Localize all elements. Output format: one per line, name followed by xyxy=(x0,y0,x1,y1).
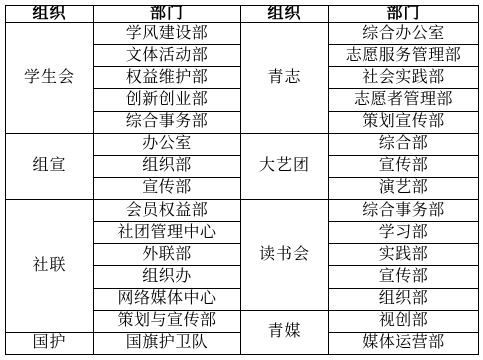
table-row: 社联会员权益部读书会综合事务部 xyxy=(6,200,479,222)
dept-cell: 组织部 xyxy=(94,155,241,177)
dept-cell: 国旗护卫队 xyxy=(94,332,241,354)
header-row: 组织 部门 组织 部门 xyxy=(6,6,479,23)
dept-cell: 宣传部 xyxy=(329,266,479,288)
dept-cell: 社团管理中心 xyxy=(94,222,241,244)
dept-cell: 策划宣传部 xyxy=(329,111,479,133)
dept-cell: 策划与宣传部 xyxy=(94,310,241,332)
dept-cell: 权益维护部 xyxy=(94,67,241,89)
table-body: 学生会学风建设部青志综合办公室文体活动部志愿服务管理部权益维护部社会实践部创新创… xyxy=(6,23,479,355)
org-cell: 国护 xyxy=(6,332,94,354)
org-cell: 青志 xyxy=(241,23,329,134)
dept-cell: 综合事务部 xyxy=(329,200,479,222)
dept-cell: 视创部 xyxy=(329,310,479,332)
dept-cell: 办公室 xyxy=(94,133,241,155)
org-dept-table: 组织 部门 组织 部门 学生会学风建设部青志综合办公室文体活动部志愿服务管理部权… xyxy=(5,5,479,355)
org-cell: 社联 xyxy=(6,200,94,333)
dept-cell: 会员权益部 xyxy=(94,200,241,222)
dept-cell: 学习部 xyxy=(329,222,479,244)
dept-cell: 媒体运营部 xyxy=(329,332,479,354)
dept-cell: 综合事务部 xyxy=(94,111,241,133)
page: 组织 部门 组织 部门 学生会学风建设部青志综合办公室文体活动部志愿服务管理部权… xyxy=(0,0,483,360)
dept-cell: 组织办 xyxy=(94,266,241,288)
dept-cell: 宣传部 xyxy=(329,155,479,177)
table-row: 组宣办公室大艺团综合部 xyxy=(6,133,479,155)
dept-cell: 志愿服务管理部 xyxy=(329,45,479,67)
org-cell: 组宣 xyxy=(6,133,94,199)
org-cell: 读书会 xyxy=(241,200,329,311)
dept-cell: 组织部 xyxy=(329,288,479,310)
dept-cell: 综合办公室 xyxy=(329,23,479,45)
dept-cell: 文体活动部 xyxy=(94,45,241,67)
dept-cell: 社会实践部 xyxy=(329,67,479,89)
dept-cell: 创新创业部 xyxy=(94,89,241,111)
dept-cell: 实践部 xyxy=(329,244,479,266)
dept-cell: 演艺部 xyxy=(329,177,479,199)
org-cell: 大艺团 xyxy=(241,133,329,199)
dept-cell: 外联部 xyxy=(94,244,241,266)
org-cell: 青媒 xyxy=(241,310,329,354)
header-org-left: 组织 xyxy=(6,6,94,23)
header-dept-right: 部门 xyxy=(329,6,479,23)
header-dept-left: 部门 xyxy=(94,6,241,23)
dept-cell: 综合部 xyxy=(329,133,479,155)
org-cell: 学生会 xyxy=(6,23,94,134)
dept-cell: 志愿者管理部 xyxy=(329,89,479,111)
dept-cell: 学风建设部 xyxy=(94,23,241,45)
dept-cell: 宣传部 xyxy=(94,177,241,199)
header-org-right: 组织 xyxy=(241,6,329,23)
table-row: 学生会学风建设部青志综合办公室 xyxy=(6,23,479,45)
dept-cell: 网络媒体中心 xyxy=(94,288,241,310)
